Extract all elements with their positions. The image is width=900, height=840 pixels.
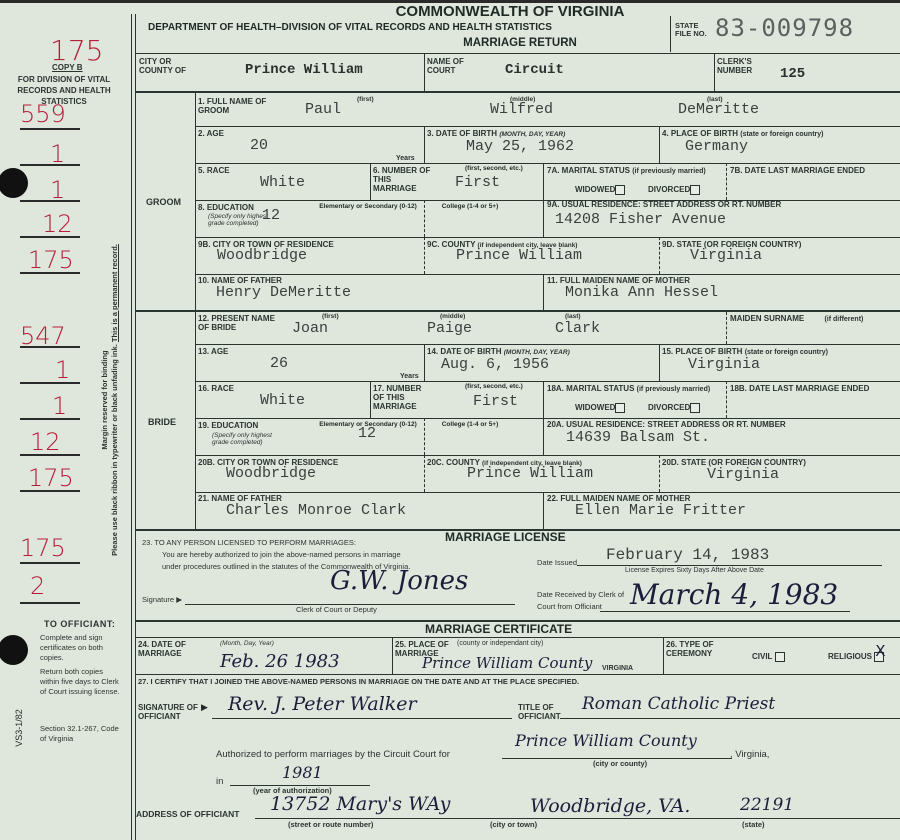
- red-code: 2: [30, 572, 45, 600]
- first-hint: (first): [357, 96, 374, 103]
- groom-section-label: GROOM: [146, 198, 181, 207]
- divider: [659, 344, 660, 381]
- last-hint: (last): [565, 313, 581, 320]
- authorized-court: Prince William County: [515, 731, 697, 750]
- officiant-signature-label: SIGNATURE OF OFFICIANT: [138, 703, 208, 721]
- officiant-signature: Rev. J. Peter Walker: [228, 693, 417, 715]
- bride-middle-name: Paige: [427, 320, 472, 337]
- divider: [196, 492, 900, 493]
- license-text-1: You are hereby authorized to join the ab…: [162, 550, 401, 559]
- marriage-date-hint: (Month, Day, Year): [220, 640, 274, 647]
- virginia-label: VIRGINIA: [602, 664, 633, 673]
- groom-street: 14208 Fisher Avenue: [555, 211, 726, 228]
- bride-education: 12: [358, 425, 376, 442]
- divider: [543, 200, 544, 237]
- underline: [20, 562, 80, 564]
- groom-last-name: DeMeritte: [678, 101, 759, 118]
- first-hint: (first): [322, 313, 339, 320]
- elementary-label: Elementary or Secondary (0-12): [318, 203, 418, 210]
- groom-age: 20: [250, 137, 268, 154]
- divider: [196, 455, 900, 456]
- form-code: VS3-1/82: [14, 703, 24, 753]
- binding-note-2: Please use black ribbon in typewriter or…: [110, 344, 119, 556]
- groom-last-marriage-ended-label: 7b. DATE LAST MARRIAGE ENDED: [730, 166, 865, 175]
- state-file-number: 83-009798: [715, 14, 854, 42]
- bride-mother: Ellen Marie Fritter: [575, 502, 746, 519]
- divider: [659, 455, 660, 492]
- officiant-title-line: [560, 718, 900, 719]
- form-border: [131, 14, 132, 840]
- groom-education-label: 8. EDUCATION: [198, 203, 254, 212]
- divider: [196, 381, 900, 382]
- underline: [20, 236, 80, 238]
- officiant-instructions-1: Complete and sign certificates on both c…: [40, 633, 122, 663]
- clerk-signature: G.W. Jones: [330, 566, 468, 596]
- groom-marriage-number-label: 6. NUMBER OF THIS MARRIAGE: [373, 166, 433, 193]
- authorization-text: Authorized to perform marriages by the C…: [216, 749, 450, 760]
- binding-margin-note: Margin reserved for binding Please use b…: [100, 210, 124, 590]
- date-received: March 4, 1983: [630, 578, 838, 611]
- groom-race: White: [260, 174, 305, 191]
- divider: [370, 163, 371, 200]
- bride-marriage-number-label: 17. NUMBER OF THIS MARRIAGE: [373, 384, 433, 411]
- divider: [196, 344, 900, 345]
- form-border: [135, 14, 136, 840]
- middle-hint: (middle): [440, 313, 465, 320]
- officiant-instructions-title: TO OFFICIANT:: [44, 620, 115, 629]
- copy-label: COPY B: [52, 63, 83, 72]
- marriage-date: Feb. 26 1983: [220, 651, 340, 672]
- license-instruction-label: 23. TO ANY PERSON LICENSED TO PERFORM MA…: [142, 538, 356, 547]
- divider: [726, 381, 727, 418]
- widowed-checkbox[interactable]: [615, 403, 625, 413]
- religious-option: RELIGIOUS X: [828, 652, 884, 662]
- date-issued-label: Date Issued: [537, 558, 577, 567]
- divider: [424, 200, 425, 237]
- underline: [20, 382, 80, 384]
- divider: [136, 53, 900, 54]
- bride-first-name: Joan: [292, 320, 328, 337]
- groom-pob: Germany: [685, 138, 748, 155]
- college-label: College (1-4 or 5+): [440, 421, 500, 428]
- divider: [659, 126, 660, 163]
- groom-state: Virginia: [690, 247, 762, 264]
- red-code: 12: [42, 210, 73, 238]
- underline: [20, 418, 80, 420]
- state-hint: (state): [742, 820, 765, 829]
- underline: [20, 346, 80, 348]
- date-issued: February 14, 1983: [606, 546, 769, 564]
- divider: [196, 418, 900, 419]
- marriage-place: Prince William County: [422, 654, 592, 672]
- form-name: MARRIAGE RETURN: [420, 37, 620, 49]
- widowed-checkbox[interactable]: [615, 185, 625, 195]
- in-label: in: [216, 776, 223, 787]
- punch-hole: [0, 635, 28, 665]
- bride-last-marriage-ended-label: 18b. DATE LAST MARRIAGE ENDED: [730, 384, 869, 393]
- bride-race-label: 16. RACE: [198, 384, 234, 393]
- red-code: 175: [28, 464, 74, 492]
- clerk-number-value: 125: [780, 66, 805, 82]
- bride-street-label: 20a. USUAL RESIDENCE: STREET ADDRESS OR …: [547, 420, 786, 429]
- certification-statement: 27. I CERTIFY THAT I JOINED THE ABOVE-NA…: [138, 677, 579, 686]
- underline: [20, 272, 80, 274]
- groom-middle-name: Wilfred: [490, 101, 553, 118]
- bride-age: 26: [270, 355, 288, 372]
- license-section-title: MARRIAGE LICENSE: [445, 530, 566, 544]
- officiant-signature-line: [212, 718, 512, 719]
- marriage-place-hint: (county or independant city): [457, 640, 543, 647]
- divider: [670, 16, 671, 52]
- bride-widowed-option: WIDOWED: [575, 403, 625, 413]
- date-received-line: [600, 611, 850, 612]
- divider: [424, 53, 425, 91]
- binding-note-3: This is a permanent record.: [110, 244, 119, 342]
- bride-city: Woodbridge: [226, 465, 316, 482]
- groom-education: 12: [262, 207, 280, 224]
- officiant-address-city: Woodbridge, VA.: [530, 795, 690, 817]
- divider: [424, 418, 425, 455]
- religious-checkbox[interactable]: X: [874, 652, 884, 662]
- bride-section-label: BRIDE: [148, 418, 176, 427]
- date-issued-line: [577, 565, 882, 566]
- bride-name-label: 12. PRESENT NAME OF BRIDE: [198, 314, 278, 332]
- divider: [136, 674, 900, 675]
- groom-mother: Monika Ann Hessel: [565, 284, 718, 301]
- marriage-number-hint: (first, second, etc.): [465, 383, 523, 390]
- bride-race: White: [260, 392, 305, 409]
- officiant-instructions-2: Return both copies within five days to C…: [40, 667, 122, 697]
- court-name-value: Circuit: [505, 62, 564, 78]
- clerk-label: Clerk of Court or Deputy: [296, 605, 377, 614]
- street-hint: (street or route number): [288, 820, 373, 829]
- groom-dob: May 25, 1962: [466, 138, 574, 155]
- underline: [20, 490, 80, 492]
- divider: [136, 91, 900, 93]
- groom-county: Prince William: [456, 247, 582, 264]
- red-code: 1: [52, 392, 67, 420]
- bride-marriage-number: First: [473, 393, 518, 410]
- bride-pob: Virginia: [688, 356, 760, 373]
- divider: [196, 237, 900, 238]
- department-name: DEPARTMENT OF HEALTH–DIVISION OF VITAL R…: [148, 22, 552, 33]
- expires-note: License Expires Sixty Days After Above D…: [625, 567, 764, 574]
- bride-father: Charles Monroe Clark: [226, 502, 406, 519]
- divider: [424, 344, 425, 381]
- divider: [424, 237, 425, 274]
- bride-age-label: 13. AGE: [198, 347, 228, 356]
- divider: [196, 163, 900, 164]
- city-county-value: Prince William: [245, 62, 363, 78]
- groom-marriage-number: First: [455, 174, 500, 191]
- bride-marital-status-label: 18a. MARITAL STATUS (if previously marri…: [547, 384, 710, 394]
- officiant-title: Roman Catholic Priest: [582, 694, 775, 714]
- code-section: Section 32.1-267, Code of Virginia: [40, 724, 122, 744]
- divider: [136, 310, 900, 312]
- divider: [543, 163, 544, 200]
- groom-race-label: 5. RACE: [198, 166, 230, 175]
- ceremony-type-label: 26. TYPE OF CEREMONY: [666, 640, 726, 658]
- binding-note-1: Margin reserved for binding: [100, 210, 110, 590]
- date-received-label-1: Date Received by Clerk of: [537, 590, 624, 599]
- red-code: 175: [28, 246, 74, 274]
- groom-age-label: 2. AGE: [198, 129, 224, 138]
- divider: [196, 274, 900, 275]
- underline: [20, 164, 80, 166]
- bride-dob: Aug. 6, 1956: [441, 356, 549, 373]
- underline: [20, 128, 80, 130]
- bride-education-label: 19. EDUCATION: [198, 421, 258, 430]
- underline: [20, 454, 80, 456]
- red-code: 1: [55, 356, 70, 384]
- officiant-address-label: ADDRESS OF OFFICIANT: [136, 810, 239, 819]
- virginia-suffix: , Virginia,: [730, 749, 769, 760]
- city-county-label: CITY OR COUNTY OF: [139, 57, 199, 75]
- groom-divorced-option: DIVORCED: [648, 185, 700, 195]
- address-line: [255, 818, 900, 819]
- groom-city: Woodbridge: [217, 247, 307, 264]
- groom-name-label: 1. FULL NAME OF GROOM: [198, 97, 278, 115]
- red-code: 175: [20, 534, 66, 562]
- divider: [392, 637, 393, 674]
- red-code: 559: [20, 100, 66, 128]
- groom-father: Henry DeMeritte: [216, 284, 351, 301]
- divider: [424, 126, 425, 163]
- punch-hole: [0, 168, 28, 198]
- divider: [714, 53, 715, 91]
- divider: [196, 126, 900, 127]
- city-county-hint: (city or county): [593, 759, 647, 768]
- form-title: COMMONWEALTH OF VIRGINIA: [300, 3, 720, 20]
- arrow-icon: ▶: [201, 702, 208, 713]
- bride-last-name: Clark: [555, 320, 600, 337]
- marriage-number-hint: (first, second, etc.): [465, 165, 523, 172]
- groom-widowed-option: WIDOWED: [575, 185, 625, 195]
- underline: [20, 602, 80, 604]
- red-code: 12: [30, 428, 61, 456]
- state-file-label: STATE FILE NO.: [675, 22, 709, 38]
- certificate-section-title: MARRIAGE CERTIFICATE: [425, 622, 572, 636]
- divider: [659, 237, 660, 274]
- divider: [726, 312, 727, 344]
- officiant-address-street: 13752 Mary's WAy: [270, 793, 450, 815]
- divider: [543, 492, 544, 529]
- divider: [663, 637, 664, 674]
- marriage-date-label: 24. DATE OF MARRIAGE: [138, 640, 208, 658]
- civil-option: CIVIL: [752, 652, 785, 662]
- groom-marital-status-label: 7a. MARITAL STATUS (if previously marrie…: [547, 166, 706, 176]
- divider: [726, 163, 727, 200]
- court-name-label: NAME OF COURT: [427, 57, 477, 75]
- clerk-number-label: CLERK'S NUMBER: [717, 57, 767, 75]
- years-label: Years: [400, 372, 419, 381]
- groom-street-label: 9a. USUAL RESIDENCE: STREET ADDRESS OR R…: [547, 200, 781, 209]
- college-label: College (1-4 or 5+): [440, 203, 500, 210]
- authorization-year: 1981: [282, 763, 323, 782]
- divider: [543, 381, 544, 418]
- signature-label: Signature ▶: [142, 595, 182, 604]
- underline: [20, 200, 80, 202]
- bride-street: 14639 Balsam St.: [566, 429, 710, 446]
- divider: [136, 637, 900, 638]
- years-label: Years: [396, 154, 415, 163]
- education-hint: (Specify only highest grade completed): [212, 432, 282, 446]
- bride-state: Virginia: [707, 466, 779, 483]
- officiant-address-zip: 22191: [740, 795, 794, 815]
- divider: [424, 455, 425, 492]
- maiden-surname-label: MAIDEN SURNAME (if different): [730, 314, 863, 324]
- divorced-checkbox[interactable]: [690, 185, 700, 195]
- divider: [543, 418, 544, 455]
- civil-checkbox[interactable]: [775, 652, 785, 662]
- city-hint: (city or town): [490, 820, 537, 829]
- groom-first-name: Paul: [305, 101, 341, 118]
- bride-divorced-option: DIVORCED: [648, 403, 700, 413]
- divorced-checkbox[interactable]: [690, 403, 700, 413]
- divider: [370, 381, 371, 418]
- bride-county: Prince William: [467, 465, 593, 482]
- divider: [543, 274, 544, 311]
- date-received-label-2: Court from Officiant: [537, 602, 602, 611]
